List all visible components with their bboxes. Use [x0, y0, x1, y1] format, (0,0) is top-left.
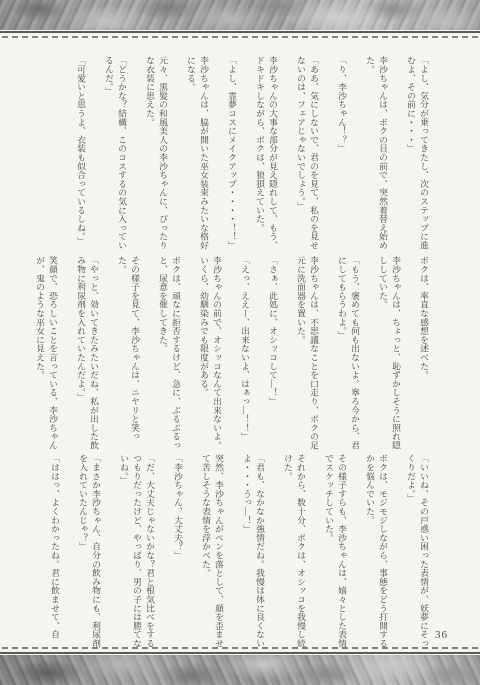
text-band-top: 「よし、気分が乗ってきたし、次のステップに進むよ、その前に・・・」 李沙ちゃんは… — [36, 56, 430, 254]
paragraph: 「どうかな？結構、このコスするの気に入っているんだ。」 — [102, 56, 128, 254]
paragraph: その様子を見て、李沙ちゃんは、ニヤリと笑った。 — [115, 256, 141, 454]
paragraph: 「えっ、ええー、出来ないよ、はぁっ―！！」 — [238, 256, 251, 454]
text-band-middle: ボクは、率直な感想を述べた。 李沙ちゃんは、ちょっと、恥ずかしそうに照れ隠しして… — [36, 256, 430, 454]
paragraph: 「李沙ちゃん、大丈夫？」 — [171, 454, 184, 652]
paragraph: ボクは、モジモジしながら、事態をどう打開するかを悩んでいた。 — [363, 454, 389, 652]
paragraph: 李沙ちゃんの前で、オシッコなんて出来ないよ。いくら、幼馴染みでも限度がある。 — [197, 256, 223, 454]
paragraph: 李沙ちゃんは、脇が開いた巫女装束みたいな格好になる。 — [184, 56, 210, 254]
bottom-rule-dashed — [2, 647, 478, 649]
paragraph: 「り、李沙ちゃん！？」 — [335, 56, 348, 254]
paragraph: 元々、黒髪の和風美人の李沙ちゃんに、ぴったりな衣装に思えた。 — [143, 56, 169, 254]
paragraph: 「よし、霊夢コスにメイクアップ・・・・！！」 — [225, 56, 238, 254]
paragraph: 「さぁ、此処に、オシッコして―！」 — [266, 256, 279, 454]
paragraph: ボクは、頑なに拒否するけど、急に、ぶるぶるっと、尿意を催してきた。 — [156, 256, 182, 454]
paragraph: 「可愛いと思うよ、衣装も似合っているしね。」 — [74, 56, 87, 254]
paragraph: 李沙ちゃんは、ちょっと、恥ずかしそうに照れ隠ししていた。 — [376, 256, 402, 454]
paragraph: 「もう、褒めても何も出ないよ。寧ろ今から、君にしてもらうわよ。」 — [335, 256, 361, 454]
paragraph: 「君も、なかなか強情だね。我慢は体に良くないよ・・・うっ―！」 — [240, 454, 266, 652]
bottom-rule-solid — [0, 652, 480, 654]
decorative-floral-border-bottom — [0, 655, 480, 685]
paragraph: 李沙ちゃんは、不思議なことを口走り、ボクの足元に洗面器を置いた。 — [294, 256, 320, 454]
text-band-bottom: 「いいね、その戸惑い困った表情が、妖夢にそっくりだよ。」 ボクは、モジモジしなが… — [36, 454, 430, 652]
paragraph: 笑顔で、恐ろしいことを言っている、李沙ちゃんが、鬼のような巫女に見えた。 — [33, 256, 59, 454]
paragraph: ボクは、率直な感想を述べた。 — [417, 256, 430, 454]
page-number: 36 — [435, 629, 448, 641]
paragraph: 「ははっ、よくわかったね。君に飲ませて、自 — [48, 454, 61, 652]
top-rule-dashed — [2, 36, 478, 38]
paragraph: それから、数十分、ボクは、オシッコを我慢し続けた。 — [281, 454, 307, 652]
paragraph: 突然、李沙ちゃんがペンを落として、顔を歪ませて苦しそうな表情を浮かべた。 — [199, 454, 225, 652]
decorative-floral-border-top — [0, 0, 480, 30]
paragraph: 「だ、大丈夫じゃないかな？君と根気比べをするつもりだったけど、やっぱり、男の子に… — [117, 454, 156, 652]
paragraph: その様子すらも、李沙ちゃんは、嬉々とした表情でスケッチしていた。 — [322, 454, 348, 652]
paragraph: 「まさか李沙ちゃん、自分の飲み物にも、利尿剤を入れていたんじゃ？」 — [76, 454, 102, 652]
paragraph: 「やっと、効いてきたみたいだね、私が出した飲み物に利尿剤を入れていたんだよ。」 — [74, 256, 100, 454]
paragraph: 「よし、気分が乗ってきたし、次のステップに進むよ、その前に・・・」 — [404, 56, 430, 254]
top-rule-solid — [0, 31, 480, 33]
paragraph: 李沙ちゃんの大事な部分が見え隠れして、もう、ドキドキしながら、ボクは、狼狽えてい… — [253, 56, 279, 254]
paragraph: 「いいね、その戸惑い困った表情が、妖夢にそっくりだよ。」 — [404, 454, 430, 652]
novel-page: 「よし、気分が乗ってきたし、次のステップに進むよ、その前に・・・」 李沙ちゃんは… — [0, 0, 480, 685]
paragraph: 李沙ちゃんは、ボクの目の前で、突然着替え始めた。 — [363, 56, 389, 254]
paragraph: 「ああ、気にしないで、君のを見て、私のを見せないのは、フェアじゃないでしょう。」 — [294, 56, 320, 254]
